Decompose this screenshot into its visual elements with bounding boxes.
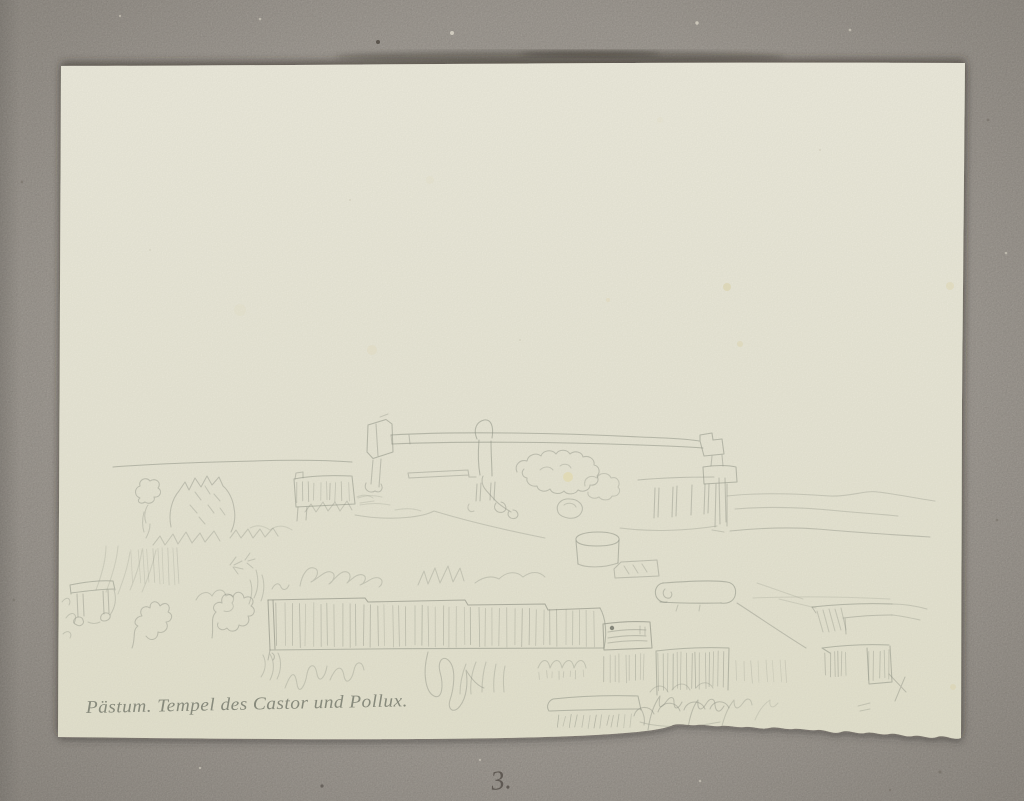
paper-texture xyxy=(50,55,975,750)
artwork-scan: Pästum. Tempel des Castor und Pollux. 3. xyxy=(0,0,1024,801)
paper-top-shadow-core xyxy=(520,51,660,58)
sheet-number: 3. xyxy=(488,764,512,796)
scan-of-mounted-drawing: Pästum. Tempel des Castor und Pollux. 3. xyxy=(0,0,1024,801)
